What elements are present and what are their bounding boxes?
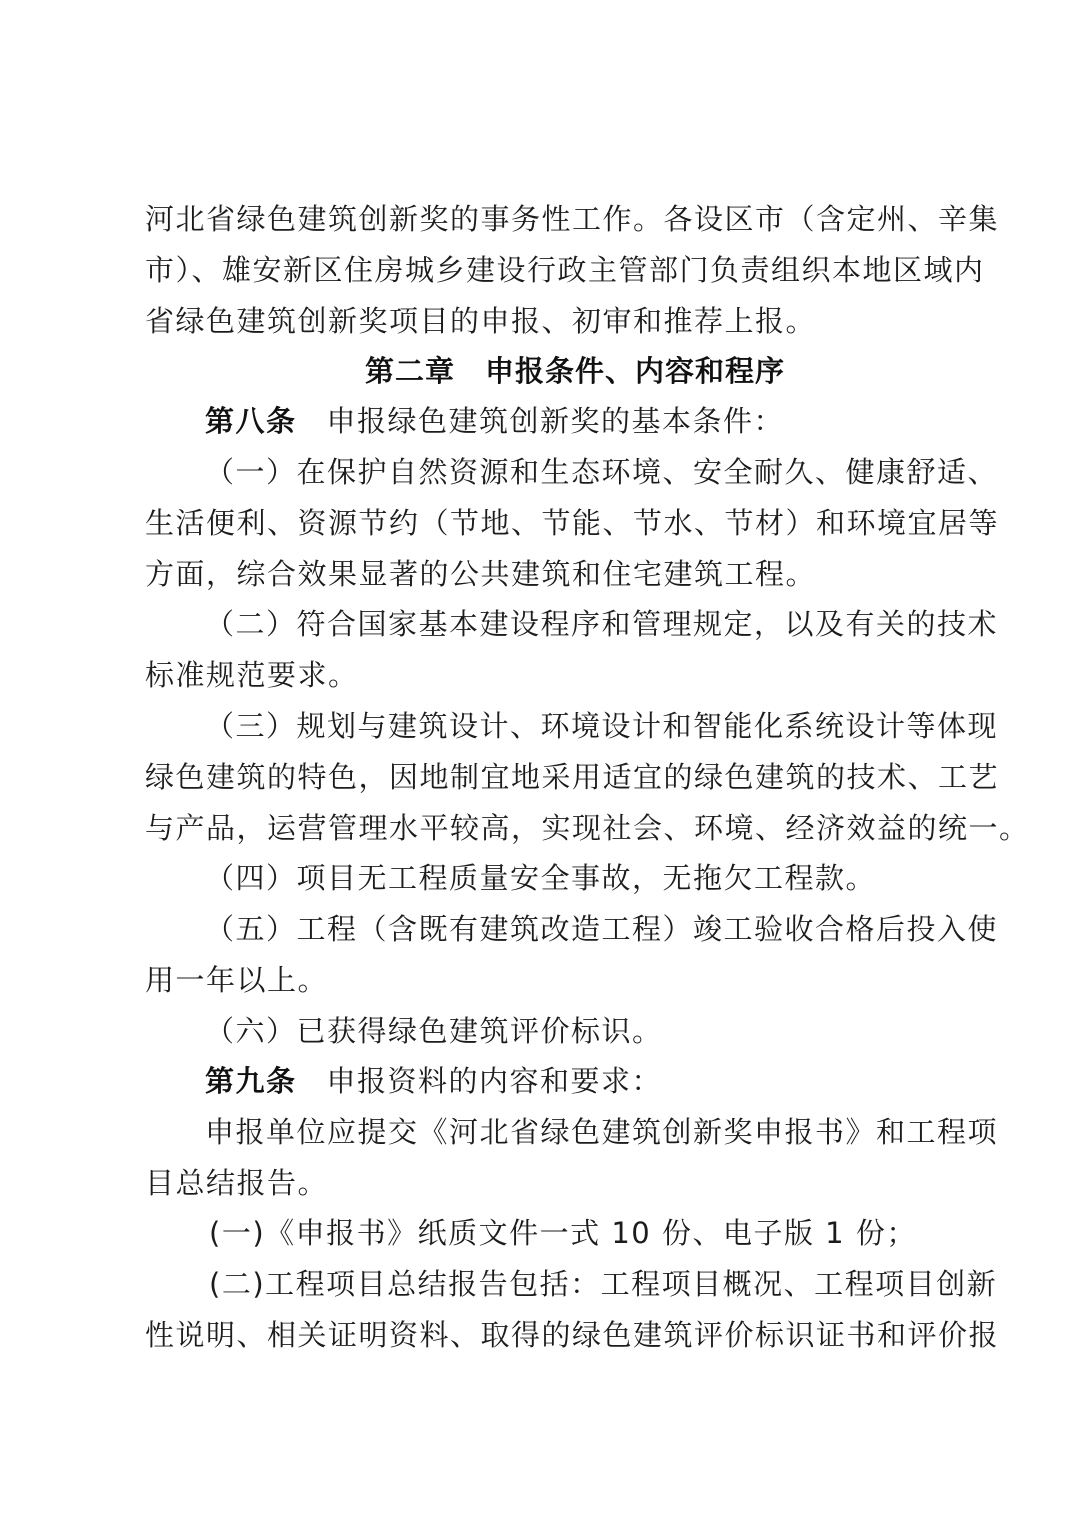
list-item-line: （二）符合国家基本建设程序和管理规定，以及有关的技术 — [145, 604, 945, 644]
list-item-line: （三）规划与建筑设计、环境设计和智能化系统设计等体现 — [145, 706, 945, 746]
article-9-heading: 第九条申报资料的内容和要求： — [145, 1061, 945, 1101]
list-item-line: 用一年以上。 — [145, 960, 945, 1000]
chapter-heading: 第二章申报条件、内容和程序 — [145, 351, 1005, 391]
article-text: 申报绿色建筑创新奖的基本条件： — [327, 404, 785, 438]
list-item-line: (一)《申报书》纸质文件一式 10 份、电子版 1 份； — [145, 1213, 945, 1253]
chapter-title: 申报条件、内容和程序 — [485, 354, 785, 388]
paragraph-line: 省绿色建筑创新奖项目的申报、初审和推荐上报。 — [145, 301, 945, 341]
list-item-line: （六）已获得绿色建筑评价标识。 — [145, 1011, 945, 1051]
list-item-line: 与产品，运营管理水平较高，实现社会、环境、经济效益的统一。 — [145, 808, 945, 848]
document-page: 河北省绿色建筑创新奖的事务性工作。各设区市（含定州、辛集 市）、雄安新区住房城乡… — [0, 0, 1080, 1527]
article-text: 申报资料的内容和要求： — [327, 1064, 663, 1098]
list-item-line: 性说明、相关证明资料、取得的绿色建筑评价标识证书和评价报 — [145, 1315, 945, 1355]
list-item-line: (二)工程项目总结报告包括：工程项目概况、工程项目创新 — [145, 1264, 945, 1304]
list-item-line: 生活便利、资源节约（节地、节能、节水、节材）和环境宜居等 — [145, 503, 945, 543]
list-item-line: （五）工程（含既有建筑改造工程）竣工验收合格后投入使 — [145, 909, 945, 949]
article-label: 第八条 — [205, 404, 297, 438]
list-item-line: 标准规范要求。 — [145, 655, 945, 695]
list-item-line: （一）在保护自然资源和生态环境、安全耐久、健康舒适、 — [145, 452, 945, 492]
paragraph-line: 目总结报告。 — [145, 1163, 945, 1203]
list-item-line: 绿色建筑的特色，因地制宜地采用适宜的绿色建筑的技术、工艺 — [145, 757, 945, 797]
article-8-heading: 第八条申报绿色建筑创新奖的基本条件： — [145, 401, 945, 441]
paragraph-line: 河北省绿色建筑创新奖的事务性工作。各设区市（含定州、辛集 — [145, 199, 945, 239]
list-item-line: （四）项目无工程质量安全事故，无拖欠工程款。 — [145, 858, 945, 898]
list-item-line: 方面，综合效果显著的公共建筑和住宅建筑工程。 — [145, 554, 945, 594]
paragraph-line: 申报单位应提交《河北省绿色建筑创新奖申报书》和工程项 — [145, 1112, 945, 1152]
paragraph-line: 市）、雄安新区住房城乡建设行政主管部门负责组织本地区域内 — [145, 250, 945, 290]
chapter-number: 第二章 — [365, 354, 455, 388]
article-label: 第九条 — [205, 1064, 297, 1098]
